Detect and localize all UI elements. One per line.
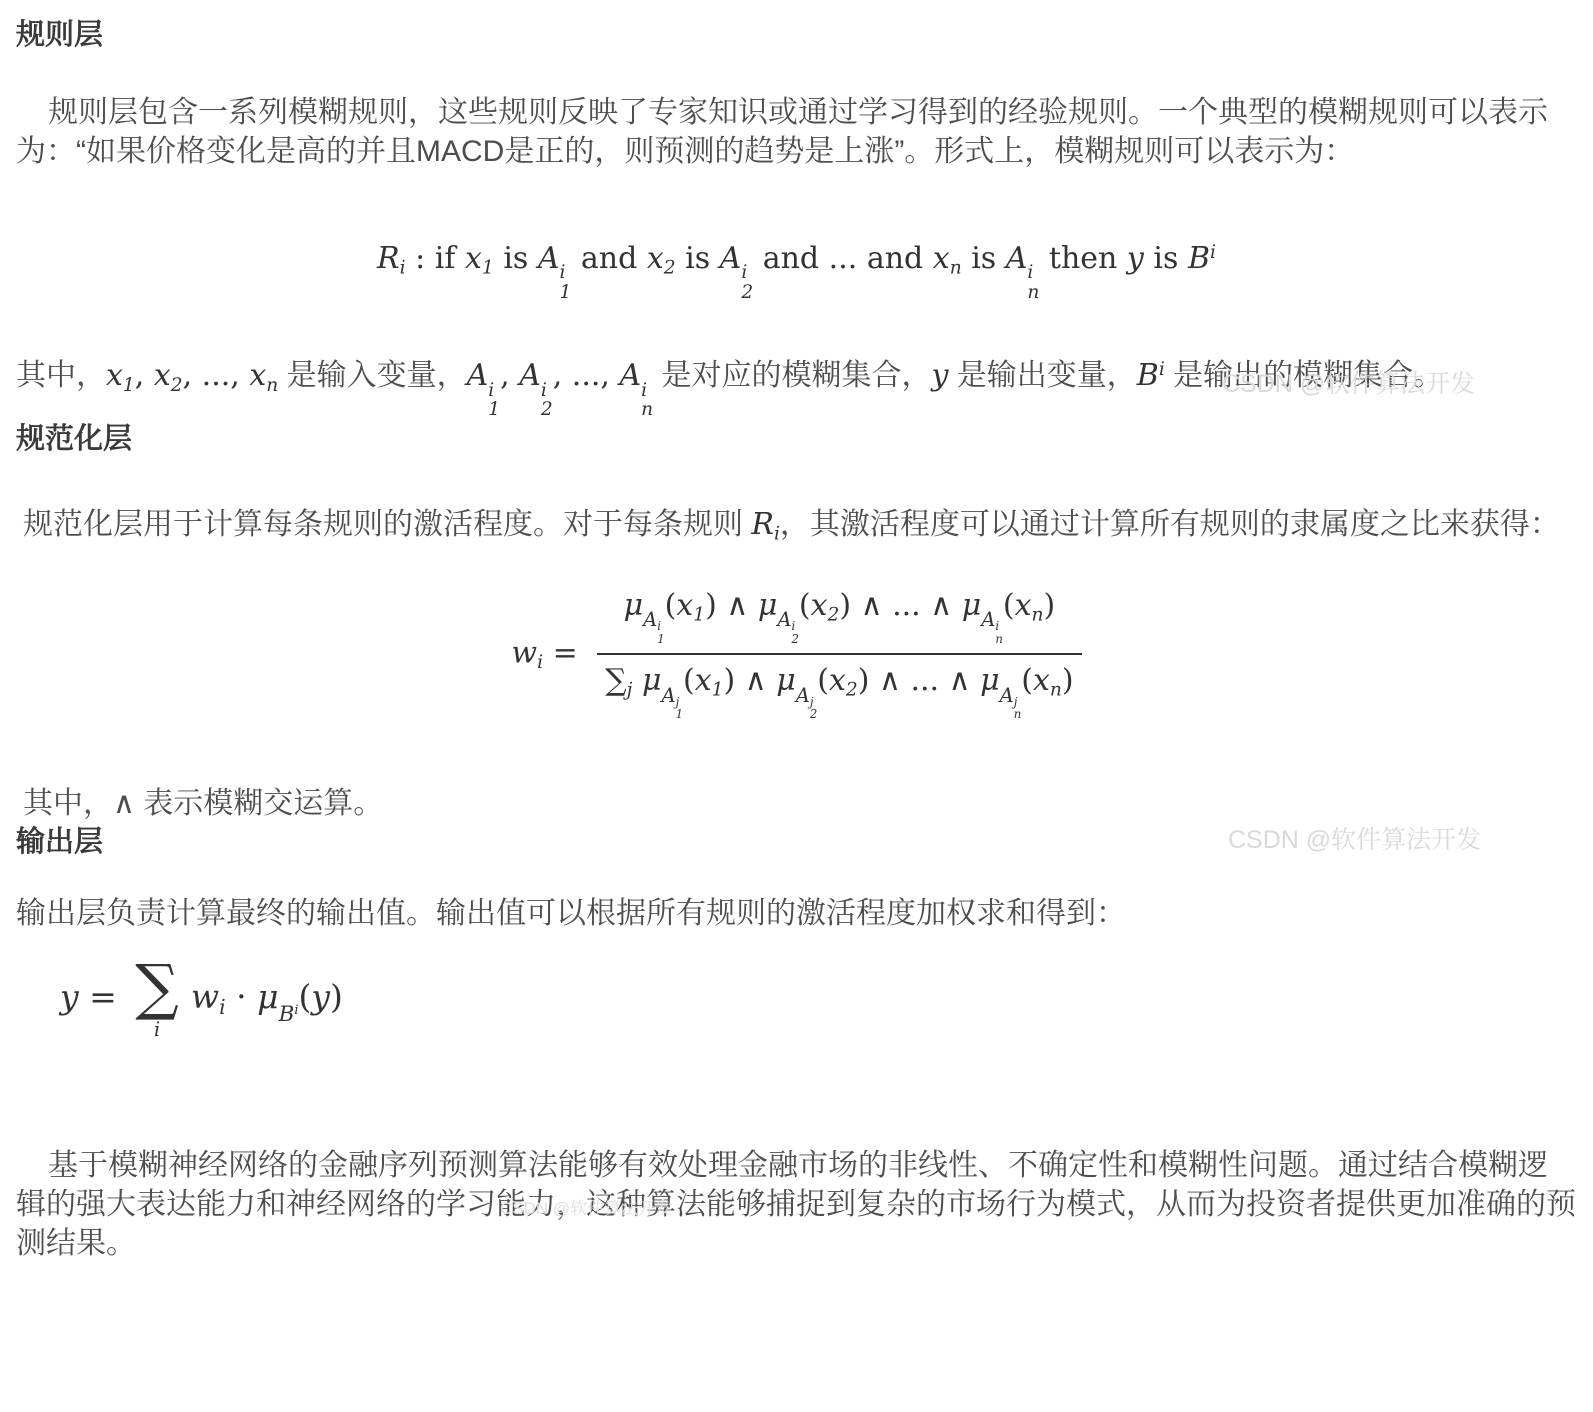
normalization-paragraph: 规范化层用于计算每条规则的激活程度。对于每条规则 Ri，其激活程度可以通过计算所… — [16, 505, 1577, 554]
output-formula: y = ∑iwi · μBi(y) — [60, 959, 1577, 1039]
section-heading-normalization-layer: 规范化层 — [16, 420, 1577, 459]
section-heading-output-layer: 输出层 — [16, 823, 1577, 862]
section-heading-rule-layer: 规则层 — [16, 16, 1577, 55]
output-paragraph: 输出层负责计算最终的输出值。输出值可以根据所有规则的激活程度加权求和得到： — [16, 894, 1577, 933]
article-content: 规则层 规则层包含一系列模糊规则，这些规则反映了专家知识或通过学习得到的经验规则… — [16, 16, 1577, 1263]
rule-variables-note: 其中，x1, x2, ..., xn 是输入变量，Ai1, Ai2, ..., … — [16, 350, 1577, 419]
rule-layer-paragraph: 规则层包含一系列模糊规则，这些规则反映了专家知识或通过学习得到的经验规则。一个典… — [16, 93, 1577, 171]
weight-formula: wi = μAi1(x1) ∧ μAi2(x2) ∧ ... ∧ μAin(xn… — [16, 588, 1577, 721]
fuzzy-intersection-note: 其中，∧ 表示模糊交运算。 — [16, 784, 1577, 823]
conclusion-paragraph: 基于模糊神经网络的金融序列预测算法能够有效处理金融市场的非线性、不确定性和模糊性… — [16, 1146, 1577, 1263]
rule-formula: Ri : if x1 is Ai1 and x2 is Ai2 and ... … — [16, 241, 1577, 302]
